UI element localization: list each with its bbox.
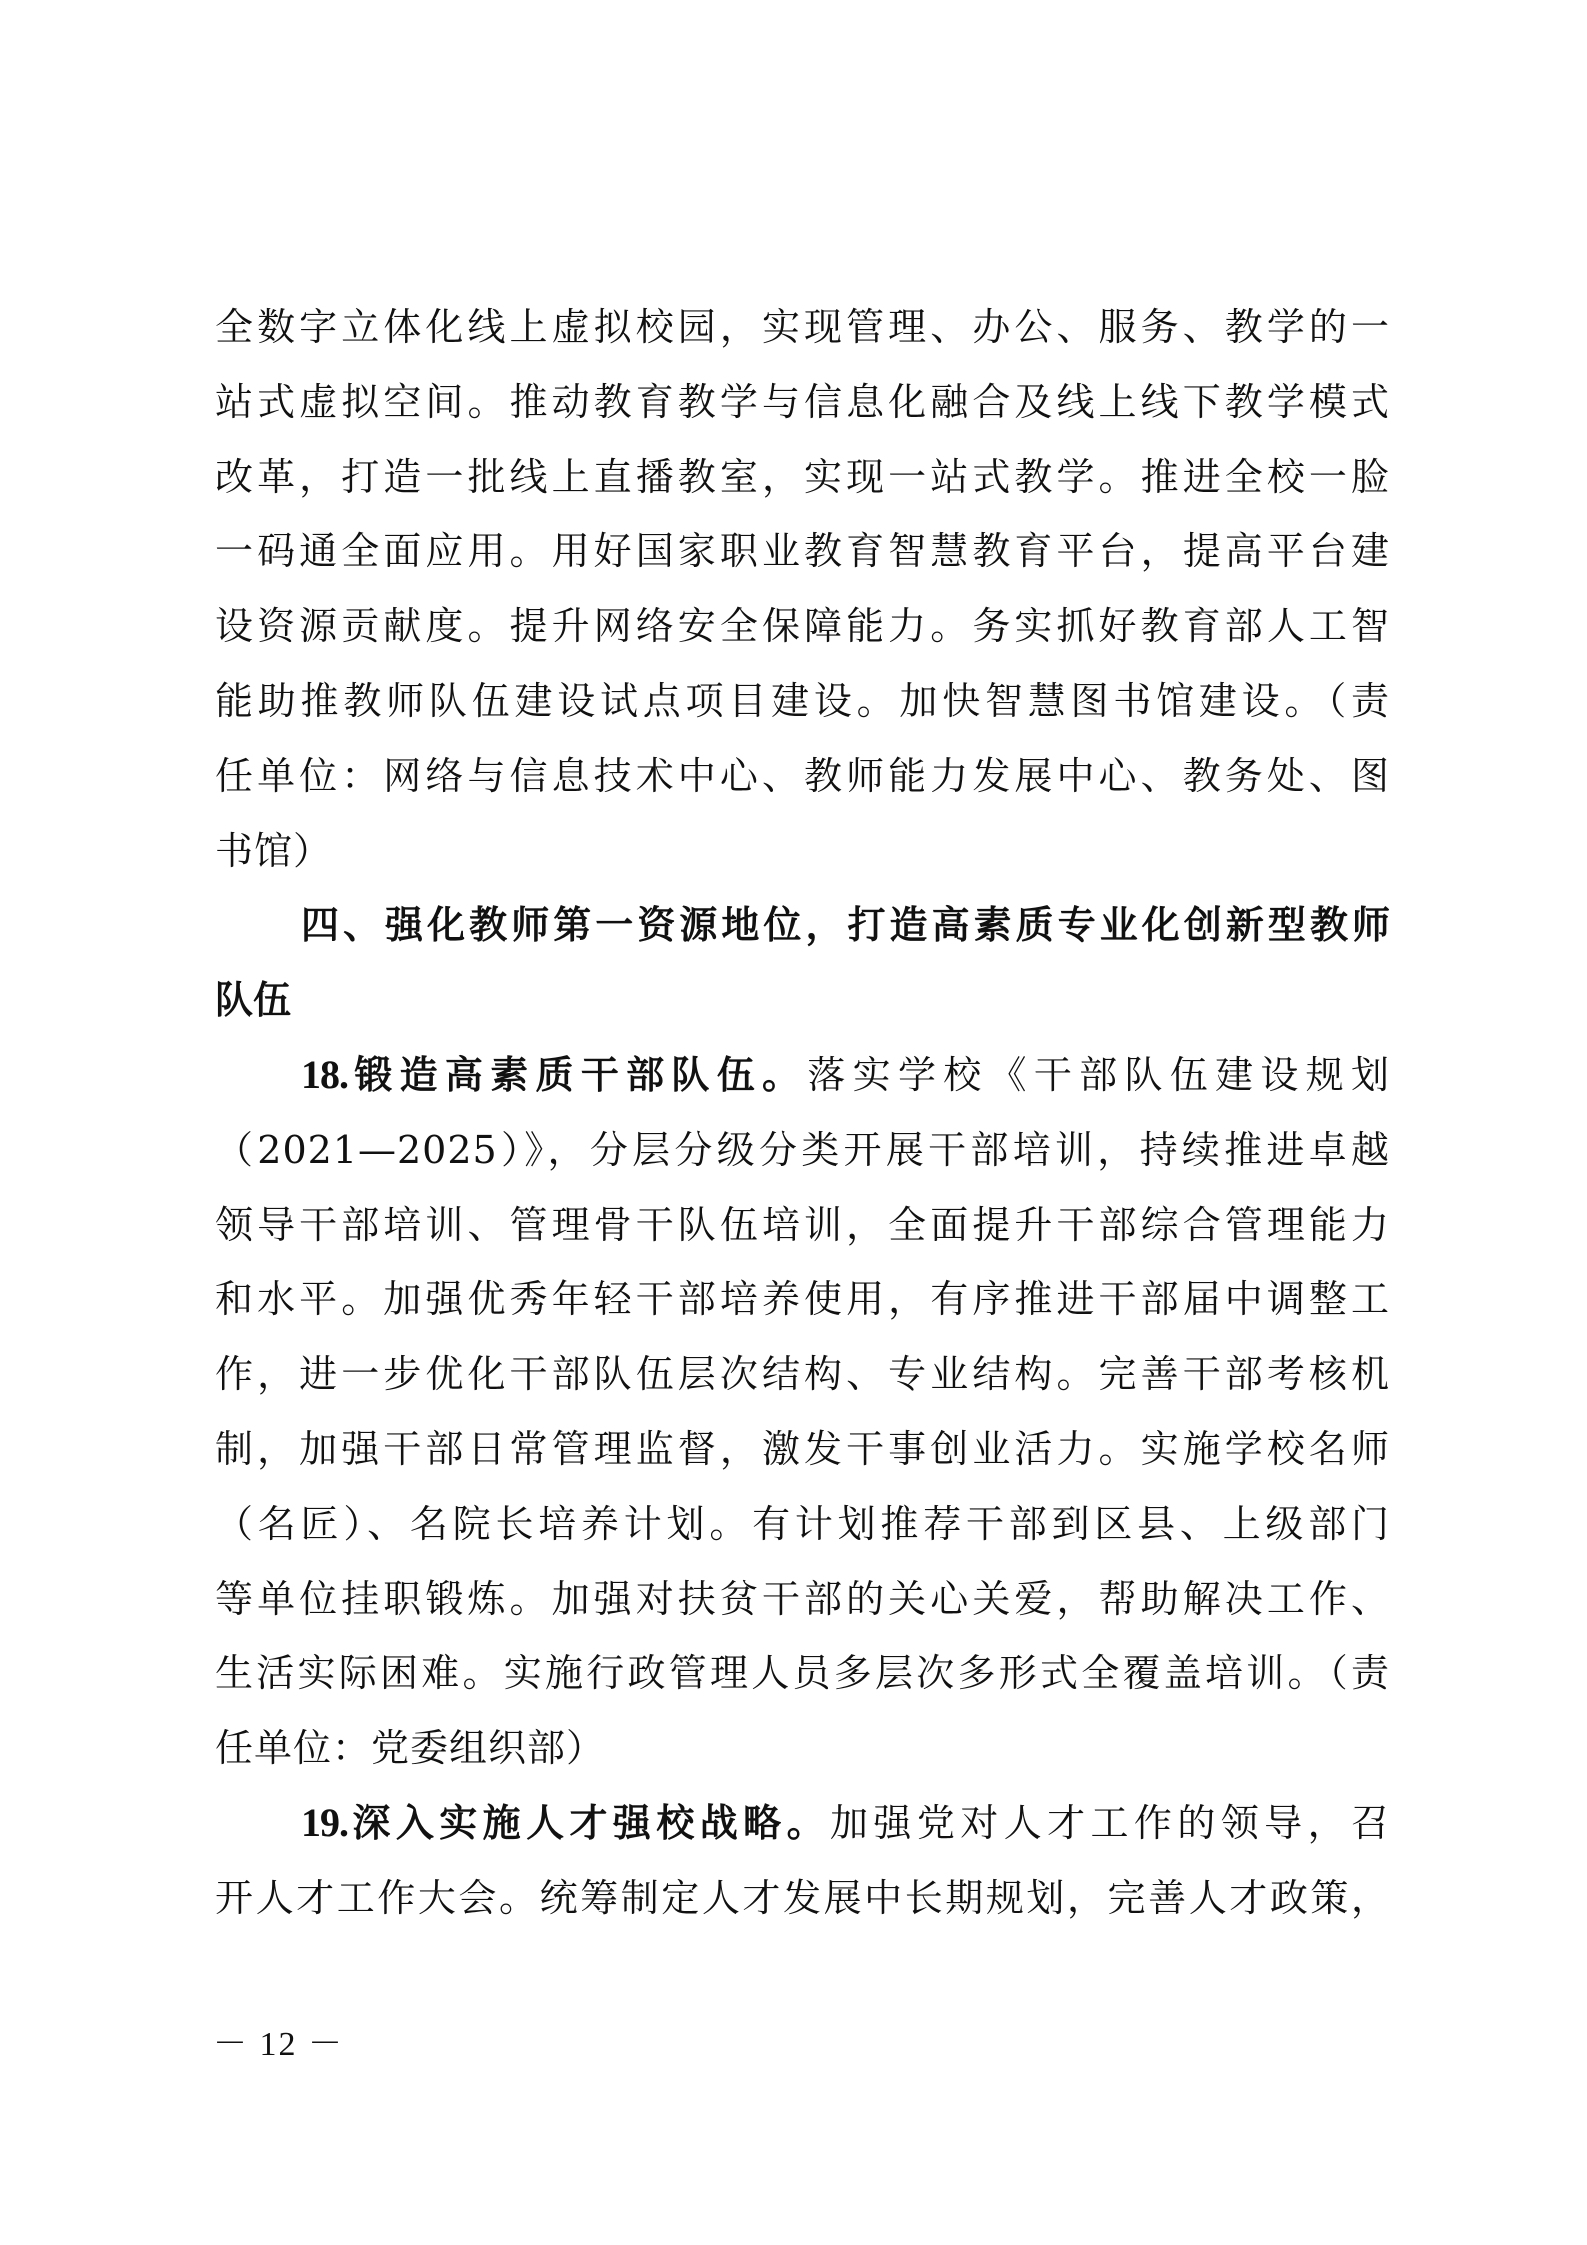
page-number: － 12 － — [213, 2016, 344, 2065]
text-line: 领导干部培训、管理骨干队伍培训，全面提升干部综合管理能力 — [215, 1188, 1390, 1263]
text-line: 书馆） — [215, 814, 1390, 889]
text-line: 能助推教师队伍建设试点项目建设。加快智慧图书馆建设。（责 — [215, 664, 1390, 739]
document-page: 全数字立体化线上虚拟校园，实现管理、办公、服务、教学的一 站式虚拟空间。推动教育… — [0, 0, 1587, 2245]
text-line: 生活实际困难。实施行政管理人员多层次多形式全覆盖培训。（责 — [215, 1636, 1390, 1711]
paragraph-item-18: 18.锻造高素质干部队伍。落实学校《干部队伍建设规划 （2021—2025）》，… — [215, 1038, 1390, 1786]
text-line: 和水平。加强优秀年轻干部培养使用，有序推进干部届中调整工 — [215, 1262, 1390, 1337]
item-text: 落实学校《干部队伍建设规划 — [807, 1053, 1390, 1097]
text-line: 全数字立体化线上虚拟校园，实现管理、办公、服务、教学的一 — [215, 290, 1390, 365]
text-line: 任单位：网络与信息技术中心、教师能力发展中心、教务处、图 — [215, 739, 1390, 814]
item-number: 18. — [301, 1052, 348, 1097]
section-heading: 四、强化教师第一资源地位，打造高素质专业化创新型教师 队伍 — [215, 888, 1390, 1038]
text-line: 一码通全面应用。用好国家职业教育智慧教育平台，提高平台建 — [215, 514, 1390, 589]
text-line: 站式虚拟空间。推动教育教学与信息化融合及线上线下教学模式 — [215, 365, 1390, 440]
item-lead: 锻造高素质干部队伍。 — [348, 1052, 807, 1097]
text-line: 开人才工作大会。统筹制定人才发展中长期规划，完善人才政策， — [215, 1861, 1390, 1936]
paragraph-continuation: 全数字立体化线上虚拟校园，实现管理、办公、服务、教学的一 站式虚拟空间。推动教育… — [215, 290, 1390, 888]
heading-line: 队伍 — [215, 963, 1390, 1038]
heading-line: 四、强化教师第一资源地位，打造高素质专业化创新型教师 — [215, 888, 1390, 963]
body-text: 全数字立体化线上虚拟校园，实现管理、办公、服务、教学的一 站式虚拟空间。推动教育… — [215, 290, 1390, 1936]
item-number: 19. — [301, 1800, 348, 1845]
text-line: 作，进一步优化干部队伍层次结构、专业结构。完善干部考核机 — [215, 1337, 1390, 1412]
text-line: 制，加强干部日常管理监督，激发干事创业活力。实施学校名师 — [215, 1412, 1390, 1487]
text-line: 改革，打造一批线上直播教室，实现一站式教学。推进全校一脸 — [215, 440, 1390, 515]
text-line: （2021—2025）》，分层分级分类开展干部培训，持续推进卓越 — [215, 1113, 1390, 1188]
item-text: 加强党对人才工作的领导，召 — [830, 1801, 1390, 1845]
text-line: 18.锻造高素质干部队伍。落实学校《干部队伍建设规划 — [215, 1038, 1390, 1113]
item-lead: 深入实施人才强校战略。 — [348, 1800, 830, 1845]
text-line: 设资源贡献度。提升网络安全保障能力。务实抓好教育部人工智 — [215, 589, 1390, 664]
text-line: 19.深入实施人才强校战略。加强党对人才工作的领导，召 — [215, 1786, 1390, 1861]
text-line: （名匠）、名院长培养计划。有计划推荐干部到区县、上级部门 — [215, 1487, 1390, 1562]
text-line: 等单位挂职锻炼。加强对扶贫干部的关心关爱，帮助解决工作、 — [215, 1562, 1390, 1637]
paragraph-item-19: 19.深入实施人才强校战略。加强党对人才工作的领导，召 开人才工作大会。统筹制定… — [215, 1786, 1390, 1936]
text-line: 任单位：党委组织部） — [215, 1711, 1390, 1786]
